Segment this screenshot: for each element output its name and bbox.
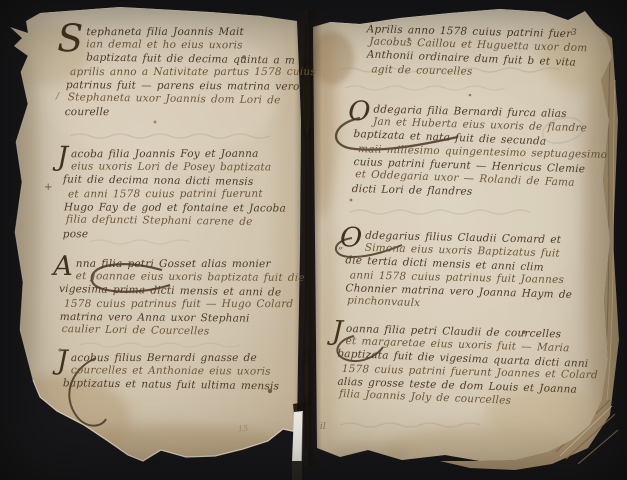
baptism-entry: Aprilis anno 1578 cuius patrini fuerJaco… [365,22,599,83]
manuscript-line: baptizatus et natus fuit ultima mensis [63,377,304,394]
folio-mark: 15 [238,424,249,434]
manuscript-line: acoba filia Joannis Foy et Joanna [62,148,308,162]
baptism-entry: Jacoba filia Joannis Foy et Joannaeius u… [62,147,308,242]
manuscript-line: nna filia petri Gosset alias monier [58,258,304,272]
manuscript-register-photo: Stephaneta filia Joannis Maitian demal e… [0,0,627,480]
manuscript-line: caulier Lori de Courcelles [62,323,304,340]
manuscript-line: courelle [65,106,306,120]
stray-ink-mark: il [320,422,326,432]
handwriting-layer: Stephaneta filia Joannis Maitian demal e… [0,0,627,480]
baptism-entry: Anna filia petri Gosset alias monieret J… [58,257,305,340]
manuscript-line: et anni 1578 cuius patrini fuerunt [68,188,308,202]
manuscript-line: pose [63,228,308,242]
manuscript-line: tephaneta filia Joannis Mait [64,26,306,40]
manuscript-line: aprilis anno a Nativitate partus 1578 cu… [70,66,306,80]
baptism-entry: Oddegarius filius Claudii Comard etSimon… [343,228,601,316]
manuscript-line: 1578 cuius patrinus fuit — Hugo Colard [64,298,304,312]
baptism-entry: Oddegaria filia Bernardi furca aliasJan … [351,102,610,204]
baptism-entry: Joanna filia petri Claudii de courcelles… [335,322,600,411]
correction-mark: 3 [571,28,577,38]
margin-cross-mark: + [44,182,52,193]
margin-tick-mark: / [56,92,59,102]
baptism-entry: Jacobus filius Bernardi gnasse decourcel… [62,351,304,393]
baptism-entry: Stephaneta filia Joannis Maitian demal e… [64,25,307,121]
manuscript-line: acobus filius Bernardi gnasse de [62,352,304,366]
margin-tick-mark: „ [338,240,343,251]
